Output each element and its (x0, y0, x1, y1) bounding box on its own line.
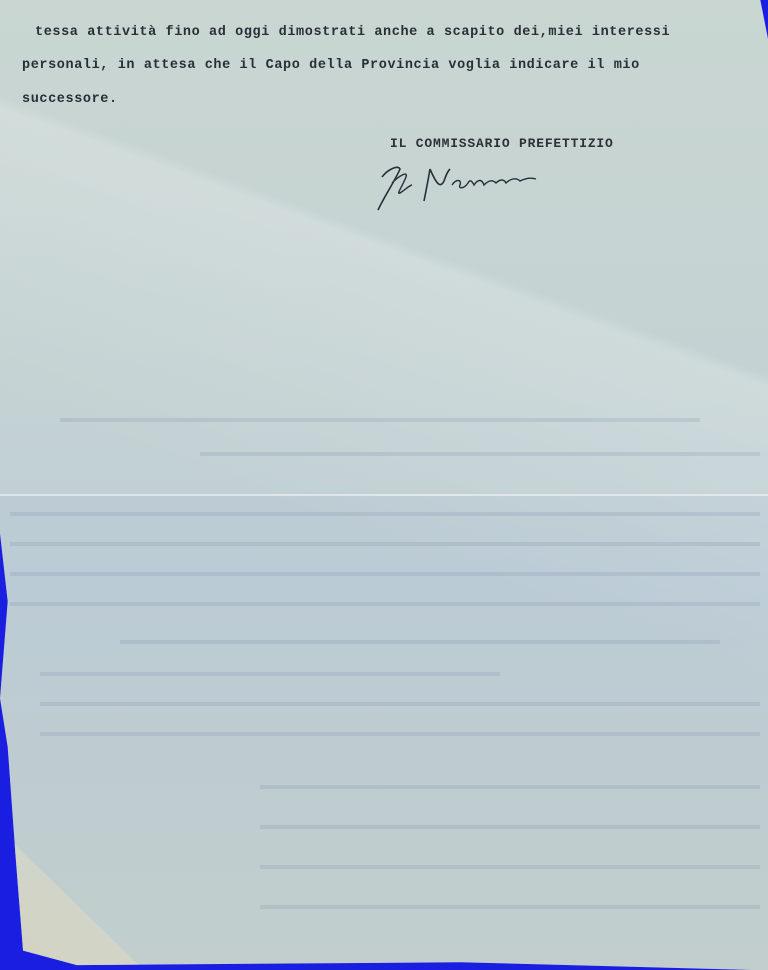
bleed-through-line (260, 785, 760, 789)
bleed-through-line (10, 512, 760, 516)
body-line-2: personali, in attesa che il Capo della P… (22, 58, 640, 73)
bleed-through-line (40, 732, 760, 736)
bleed-through-line (40, 672, 500, 676)
bleed-through-line (10, 542, 760, 546)
bleed-through-line (260, 865, 760, 869)
bleed-through-line (10, 572, 760, 576)
document-page: tessa attività fino ad oggi dimostrati a… (0, 0, 768, 970)
bleed-through-line (200, 452, 760, 456)
fold-crease (0, 494, 768, 496)
signatory-title: IL COMMISSARIO PREFETTIZIO (390, 136, 614, 151)
handwritten-signature (370, 155, 560, 215)
bleed-through-line (60, 418, 700, 422)
bleed-through-line (10, 602, 760, 606)
bleed-through-line (260, 825, 760, 829)
body-line-1: tessa attività fino ad oggi dimostrati a… (35, 25, 670, 40)
bleed-through-line (120, 640, 720, 644)
bleed-through-line (40, 702, 760, 706)
body-line-3: successore. (22, 92, 118, 107)
bleed-through-line (260, 905, 760, 909)
